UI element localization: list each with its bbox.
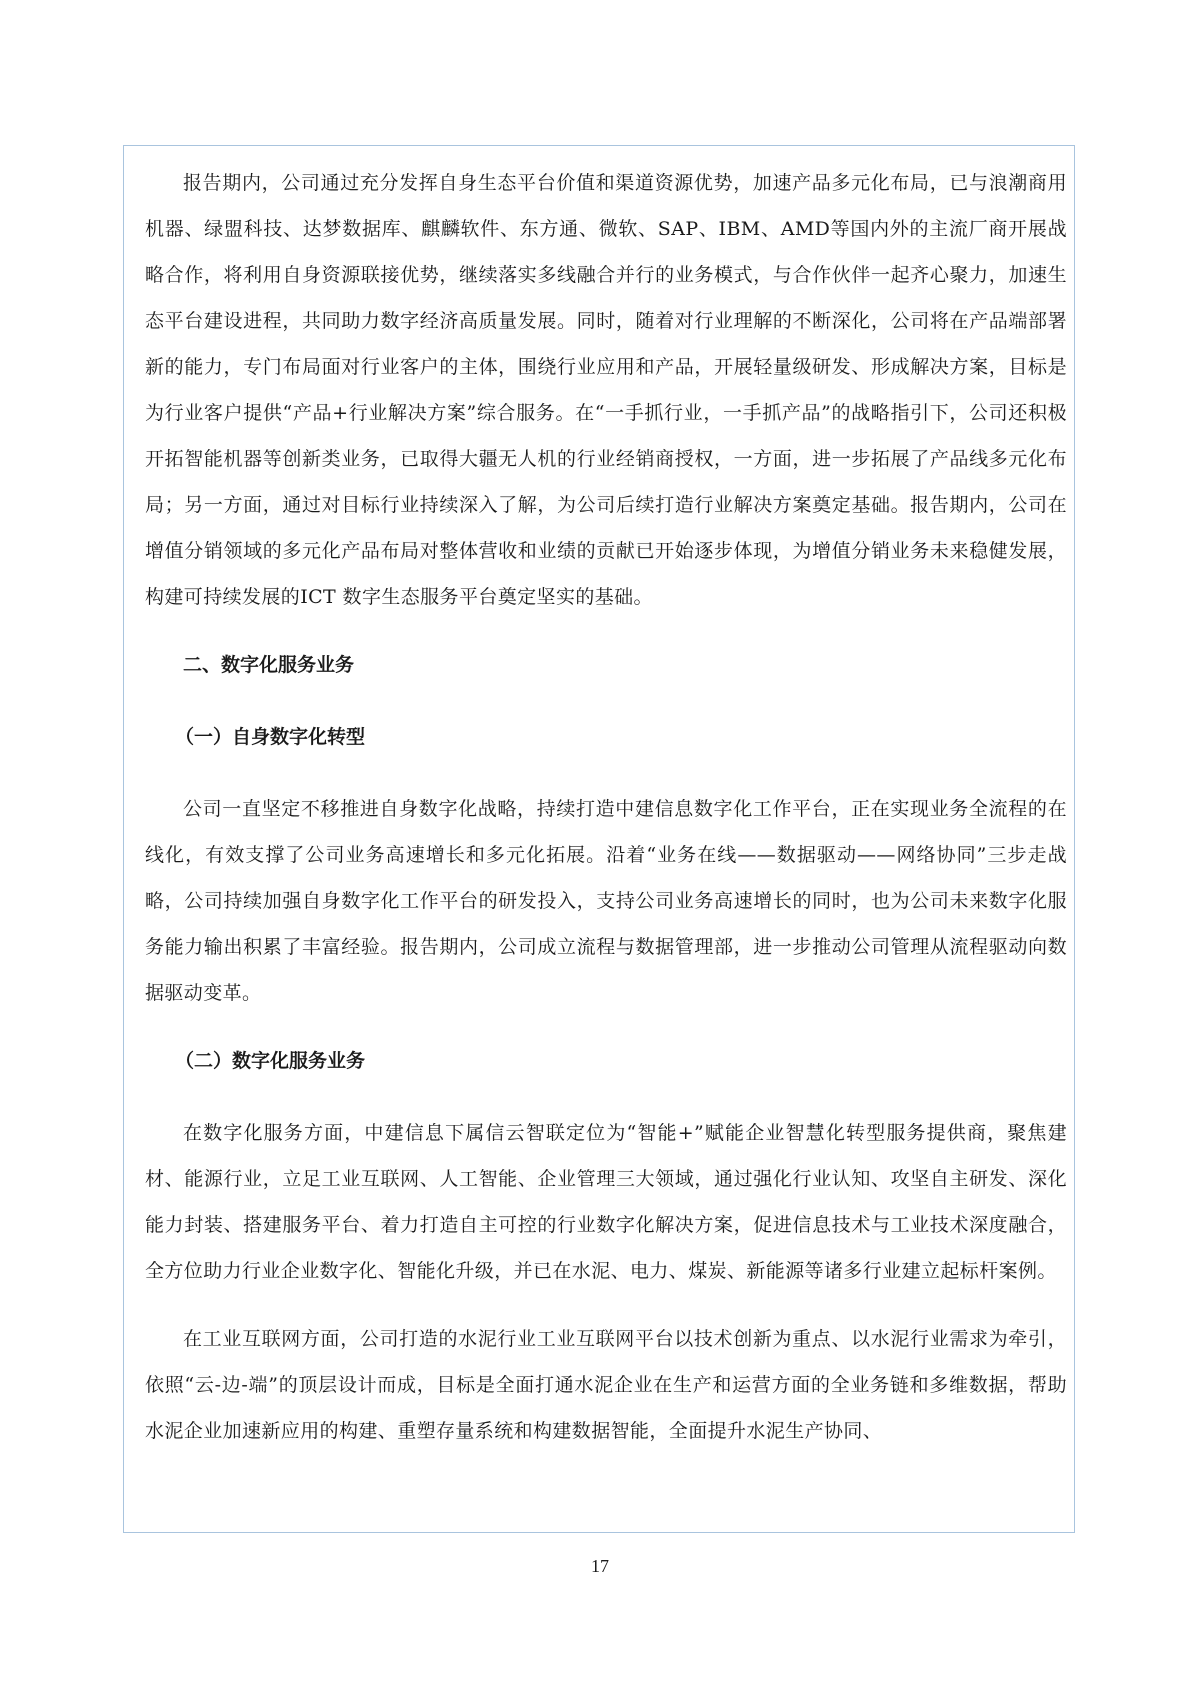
section-heading-digital-services: 二、数字化服务业务	[145, 642, 1067, 688]
paragraph-digital-service: 在数字化服务方面，中建信息下属信云智联定位为“智能+”赋能企业智慧化转型服务提供…	[145, 1110, 1067, 1294]
paragraph-distribution: 报告期内，公司通过充分发挥自身生态平台价值和渠道资源优势，加速产品多元化布局，已…	[145, 160, 1067, 620]
page-number: 17	[0, 1556, 1200, 1577]
paragraph-industrial-internet: 在工业互联网方面，公司打造的水泥行业工业互联网平台以技术创新为重点、以水泥行业需…	[145, 1316, 1067, 1454]
paragraph-self-transformation: 公司一直坚定不移推进自身数字化战略，持续打造中建信息数字化工作平台，正在实现业务…	[145, 786, 1067, 1016]
document-body: 报告期内，公司通过充分发挥自身生态平台价值和渠道资源优势，加速产品多元化布局，已…	[145, 160, 1067, 1476]
subsection-heading-self-transformation: （一）自身数字化转型	[145, 714, 1067, 760]
subsection-heading-digital-service-business: （二）数字化服务业务	[145, 1038, 1067, 1084]
